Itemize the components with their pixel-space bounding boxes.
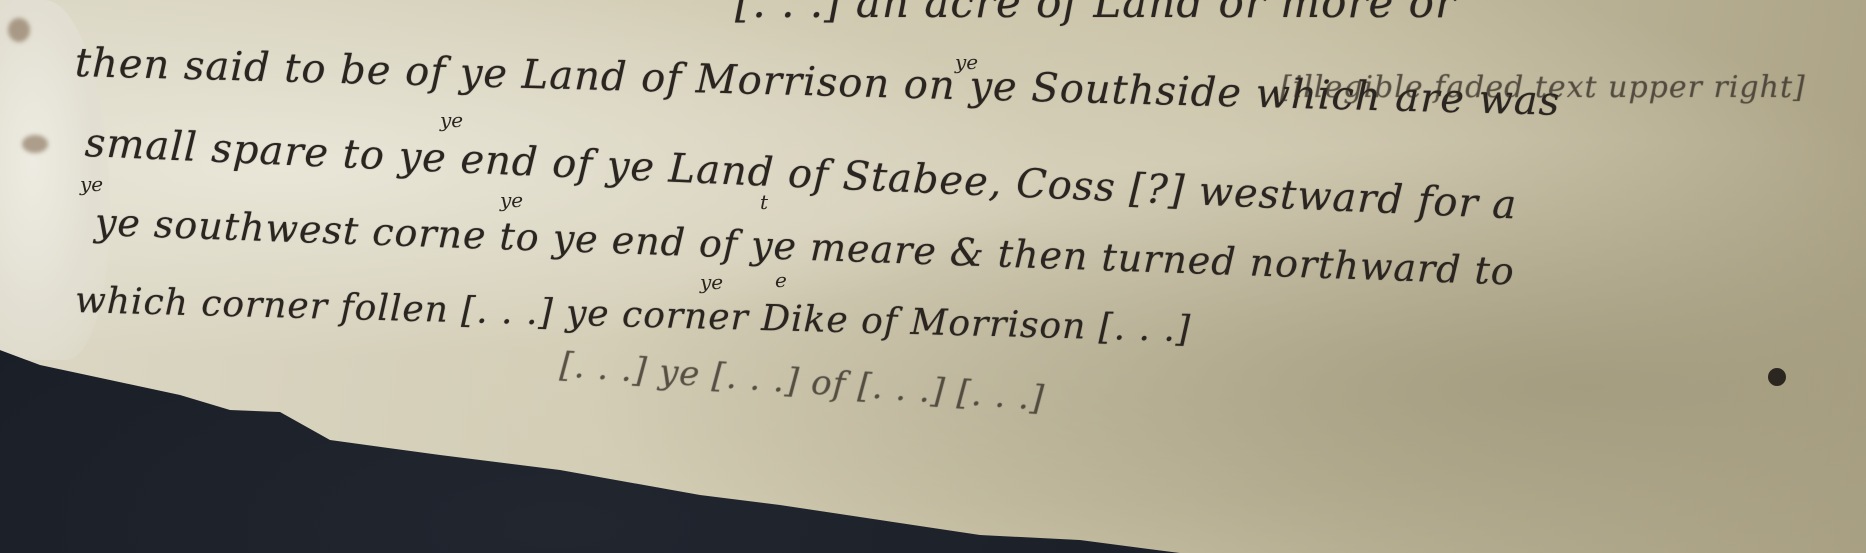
superscript-abbrev: ye xyxy=(955,50,978,74)
superscript-abbrev: ye xyxy=(700,270,723,294)
ink-blot xyxy=(1768,368,1786,386)
manuscript-line-5: which corner follen [. . .] ye corner Di… xyxy=(74,280,1191,350)
superscript-abbrev: ye xyxy=(80,172,103,196)
superscript-abbrev: t xyxy=(760,190,768,214)
manuscript-line-1: [. . .] an acre of Land or more or xyxy=(735,0,1456,27)
manuscript-line-6: [. . .] ye [. . .] of [. . .] [. . .] xyxy=(559,345,1046,419)
faded-overwriting: [illegible faded text upper right] xyxy=(1280,70,1806,105)
manuscript-photo: [. . .] an acre of Land or more or then … xyxy=(0,0,1866,553)
stain-mark xyxy=(8,18,30,42)
superscript-abbrev: e xyxy=(775,268,787,292)
stain-mark xyxy=(22,135,48,153)
superscript-abbrev: ye xyxy=(500,188,523,212)
superscript-abbrev: ye xyxy=(440,108,463,132)
